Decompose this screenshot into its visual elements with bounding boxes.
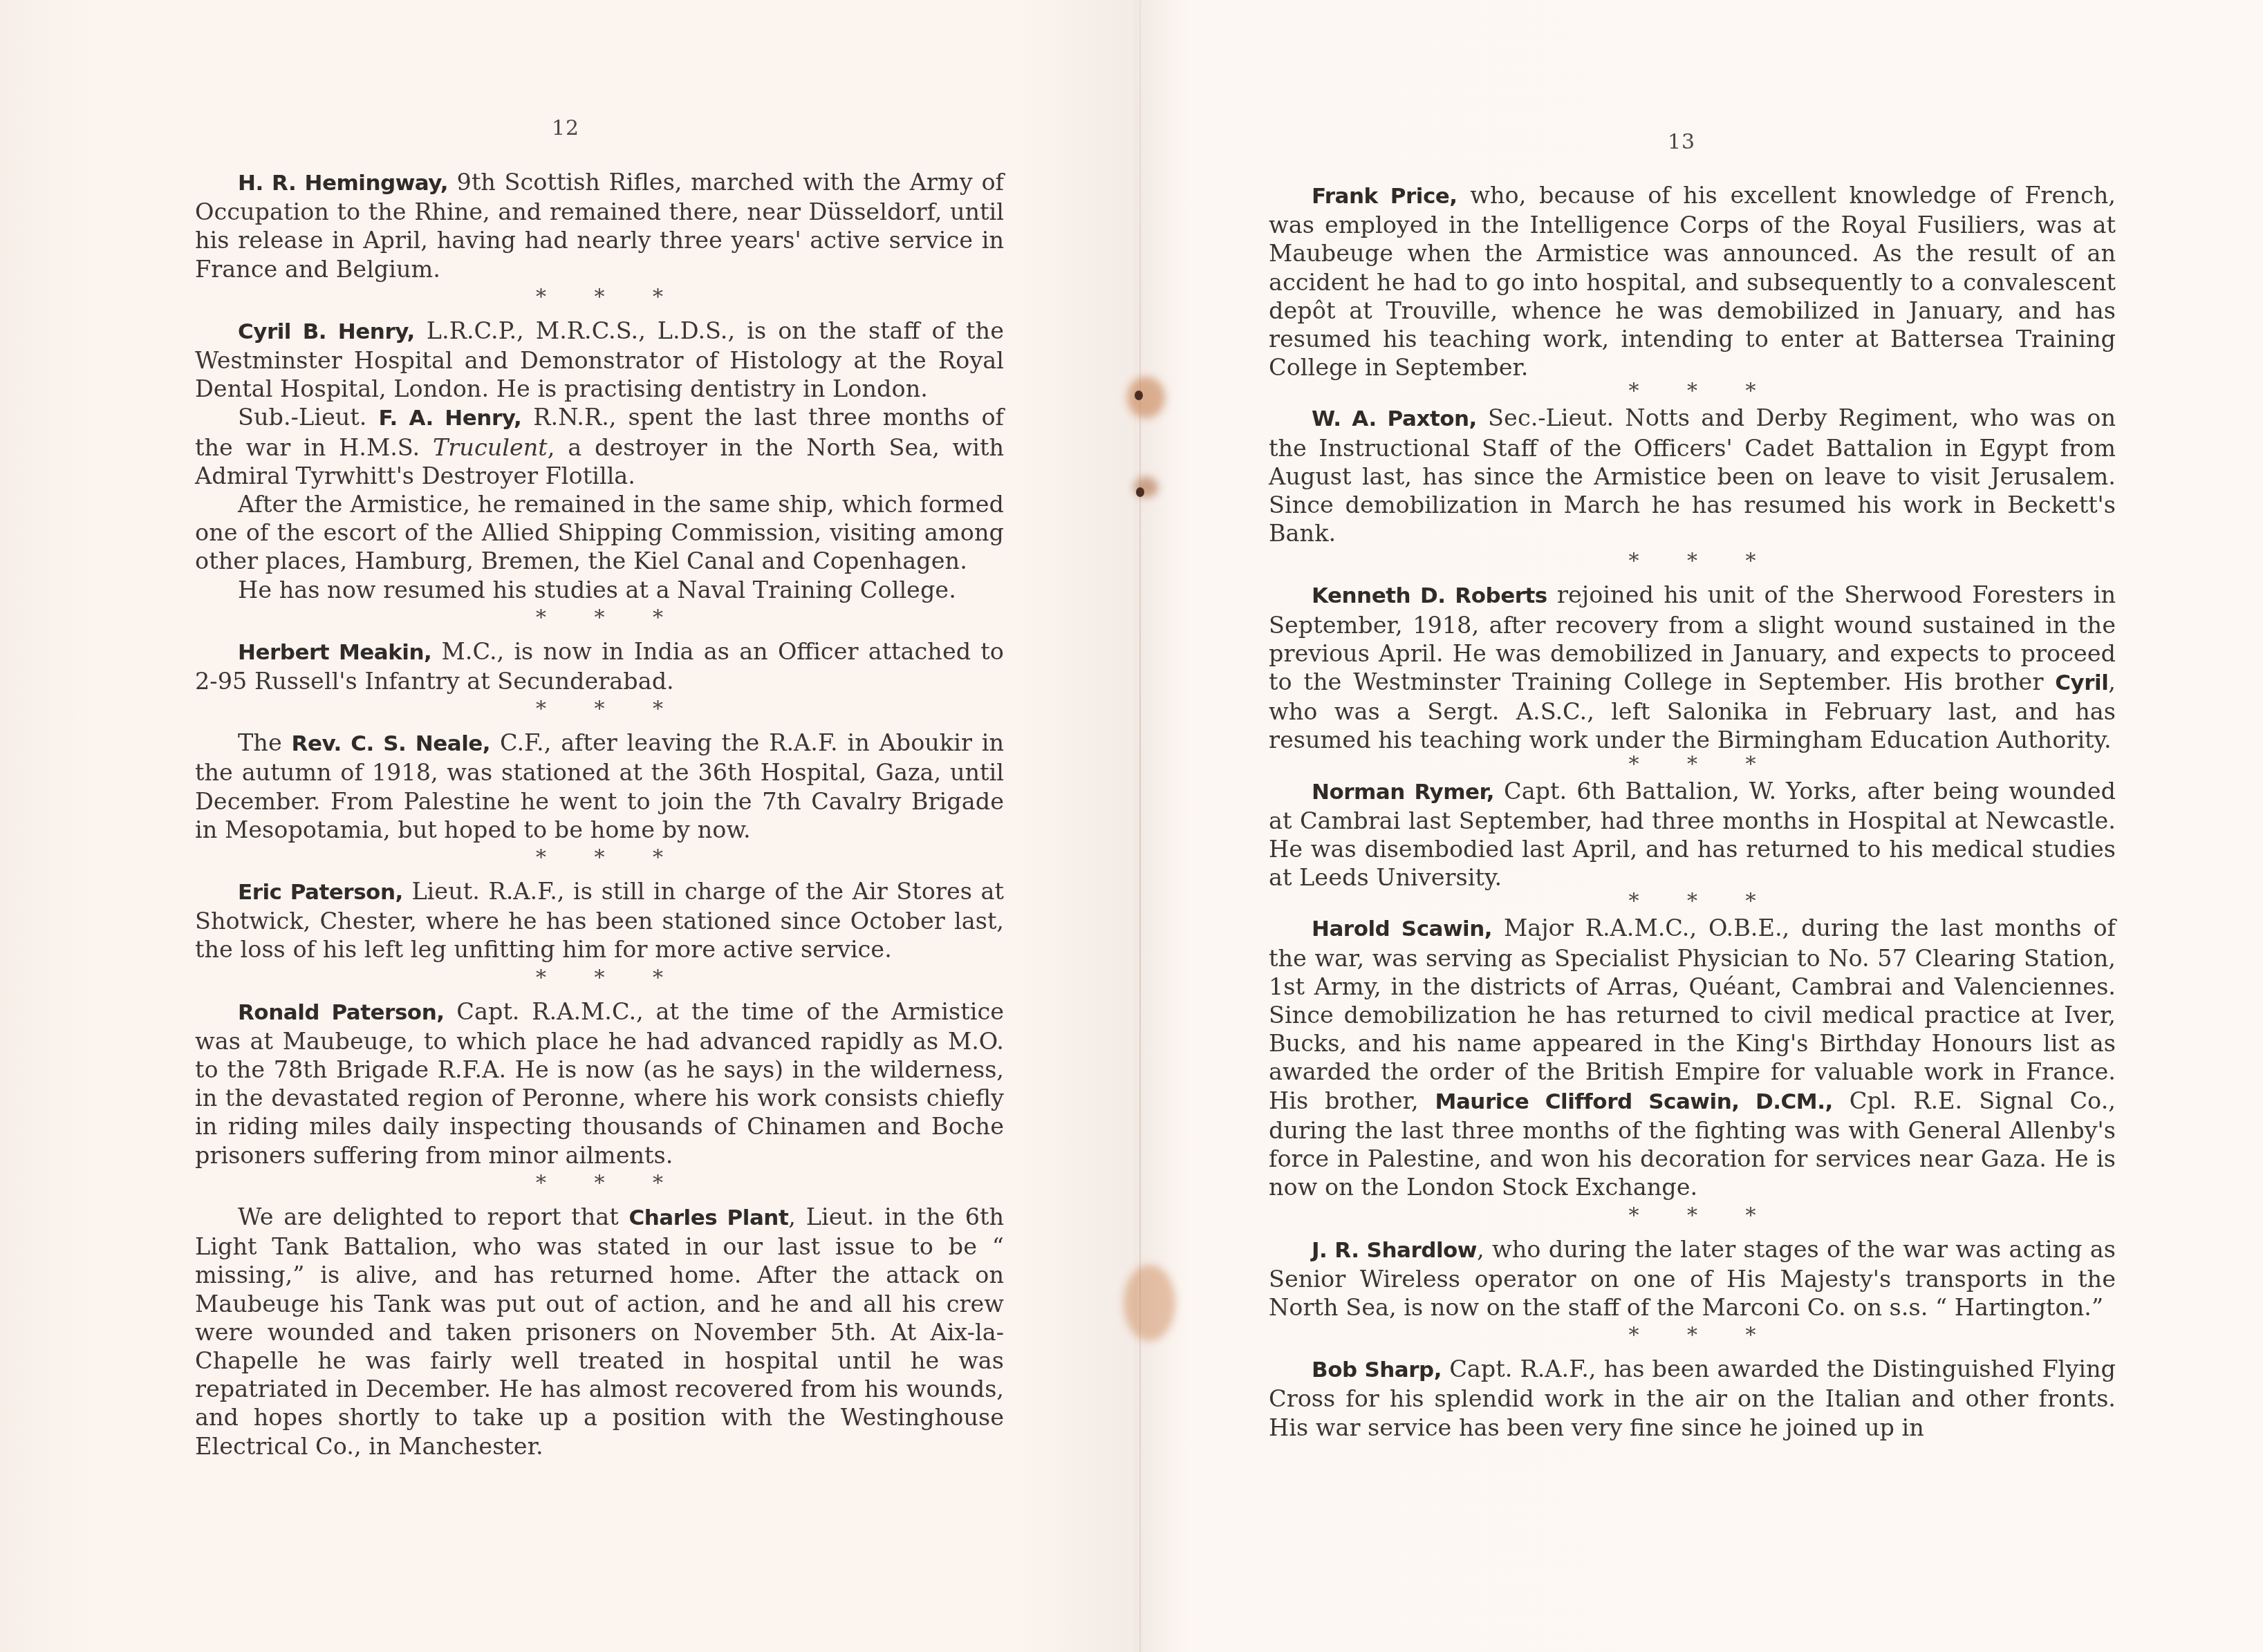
entry-roberts: Kenneth D. Roberts rejoined his unit of … — [1269, 581, 2116, 754]
section-separator: * * * — [1269, 755, 2116, 777]
paragraph: Kenneth D. Roberts rejoined his unit of … — [1269, 581, 2116, 754]
person-name: J. R. Shardlow — [1312, 1238, 1477, 1263]
person-name: Eric Paterson, — [238, 880, 403, 905]
left-page: 12 H. R. Hemingway, 9th Scottish Rifles,… — [0, 0, 1134, 1652]
person-name: Cyril — [2055, 670, 2108, 695]
person-name: W. A. Paxton, — [1312, 406, 1477, 431]
paragraph: The Rev. C. S. Neale, C.F., after leavin… — [195, 729, 1004, 844]
section-separator: * * * — [195, 283, 1004, 317]
entry-henry: Cyril B. Henry, L.R.C.P., M.R.C.S., L.D.… — [195, 317, 1004, 604]
paragraph: We are delighted to report that Charles … — [195, 1203, 1004, 1461]
person-name: Charles Plant — [629, 1205, 789, 1230]
right-page: 13 Frank Price, who, because of his exce… — [1134, 0, 2263, 1652]
left-column: H. R. Hemingway, 9th Scottish Rifles, ma… — [195, 168, 1004, 1461]
paragraph: H. R. Hemingway, 9th Scottish Rifles, ma… — [195, 168, 1004, 283]
person-name: Frank Price, — [1312, 184, 1458, 209]
person-name: Herbert Meakin, — [238, 640, 431, 665]
entry-hemingway: H. R. Hemingway, 9th Scottish Rifles, ma… — [195, 168, 1004, 283]
entry-ronald-paterson: Ronald Paterson, Capt. R.A.M.C., at the … — [195, 997, 1004, 1170]
rust-stain — [1124, 1265, 1175, 1341]
paragraph: Bob Sharp, Capt. R.A.F., has been awarde… — [1269, 1355, 2116, 1442]
section-separator: * * * — [195, 964, 1004, 997]
section-separator: * * * — [195, 695, 1004, 729]
entry-sharp: Bob Sharp, Capt. R.A.F., has been awarde… — [1269, 1355, 2116, 1442]
section-separator: * * * — [1269, 1202, 2116, 1235]
person-name: Bob Sharp, — [1312, 1358, 1442, 1382]
section-separator: * * * — [1269, 1322, 2116, 1355]
paragraph: Norman Rymer, Capt. 6th Battalion, W. Yo… — [1269, 777, 2116, 892]
ship-name: Truculent — [433, 434, 548, 461]
paragraph: He has now resumed his studies at a Nava… — [195, 576, 1004, 604]
person-name: Cyril B. Henry, — [238, 319, 415, 344]
entry-price: Frank Price, who, because of his excelle… — [1269, 181, 2116, 382]
entry-rymer: Norman Rymer, Capt. 6th Battalion, W. Yo… — [1269, 777, 2116, 892]
paragraph: Cyril B. Henry, L.R.C.P., M.R.C.S., L.D.… — [195, 317, 1004, 404]
paragraph: Ronald Paterson, Capt. R.A.M.C., at the … — [195, 997, 1004, 1170]
entry-paxton: W. A. Paxton, Sec.-Lieut. Notts and Derb… — [1269, 404, 2116, 547]
person-name: Maurice Clifford Scawin, D.CM., — [1435, 1089, 1833, 1114]
staple-hole — [1136, 487, 1144, 497]
page-number: 12 — [552, 116, 579, 140]
paragraph: W. A. Paxton, Sec.-Lieut. Notts and Derb… — [1269, 404, 2116, 547]
person-name: Harold Scawin, — [1312, 917, 1492, 941]
staple-hole — [1135, 391, 1143, 400]
person-name: H. R. Hemingway, — [238, 171, 448, 196]
section-separator: * * * — [1269, 892, 2116, 914]
section-separator: * * * — [1269, 382, 2116, 404]
paragraph: Sub.-Lieut. F. A. Henry, R.N.R., spent t… — [195, 403, 1004, 490]
paragraph: Frank Price, who, because of his excelle… — [1269, 181, 2116, 382]
paragraph: Eric Paterson, Lieut. R.A.F., is still i… — [195, 877, 1004, 964]
person-name: F. A. Henry, — [378, 406, 521, 431]
person-name: Ronald Paterson, — [238, 1000, 445, 1025]
book-spread: 12 H. R. Hemingway, 9th Scottish Rifles,… — [0, 0, 2263, 1652]
paragraph: J. R. Shardlow, who during the later sta… — [1269, 1235, 2116, 1322]
section-separator: * * * — [1269, 547, 2116, 581]
paragraph: Harold Scawin, Major R.A.M.C., O.B.E., d… — [1269, 914, 2116, 1201]
entry-shardlow: J. R. Shardlow, who during the later sta… — [1269, 1235, 2116, 1322]
paragraph: Herbert Meakin, M.C., is now in India as… — [195, 637, 1004, 695]
paragraph: After the Armistice, he remained in the … — [195, 490, 1004, 576]
person-name: Rev. C. S. Neale, — [292, 731, 491, 756]
section-separator: * * * — [195, 1170, 1004, 1203]
rust-stain — [1127, 377, 1165, 418]
entry-eric-paterson: Eric Paterson, Lieut. R.A.F., is still i… — [195, 877, 1004, 964]
entry-meakin: Herbert Meakin, M.C., is now in India as… — [195, 637, 1004, 695]
page-number: 13 — [1668, 130, 1695, 154]
person-name: Kenneth D. Roberts — [1312, 583, 1547, 608]
section-separator: * * * — [195, 844, 1004, 877]
section-separator: * * * — [195, 604, 1004, 637]
entry-plant: We are delighted to report that Charles … — [195, 1203, 1004, 1461]
entry-scawin: Harold Scawin, Major R.A.M.C., O.B.E., d… — [1269, 914, 2116, 1201]
entry-neale: The Rev. C. S. Neale, C.F., after leavin… — [195, 729, 1004, 844]
right-column: Frank Price, who, because of his excelle… — [1269, 181, 2116, 1442]
book-gutter — [1139, 0, 1141, 1652]
person-name: Norman Rymer, — [1312, 780, 1494, 805]
